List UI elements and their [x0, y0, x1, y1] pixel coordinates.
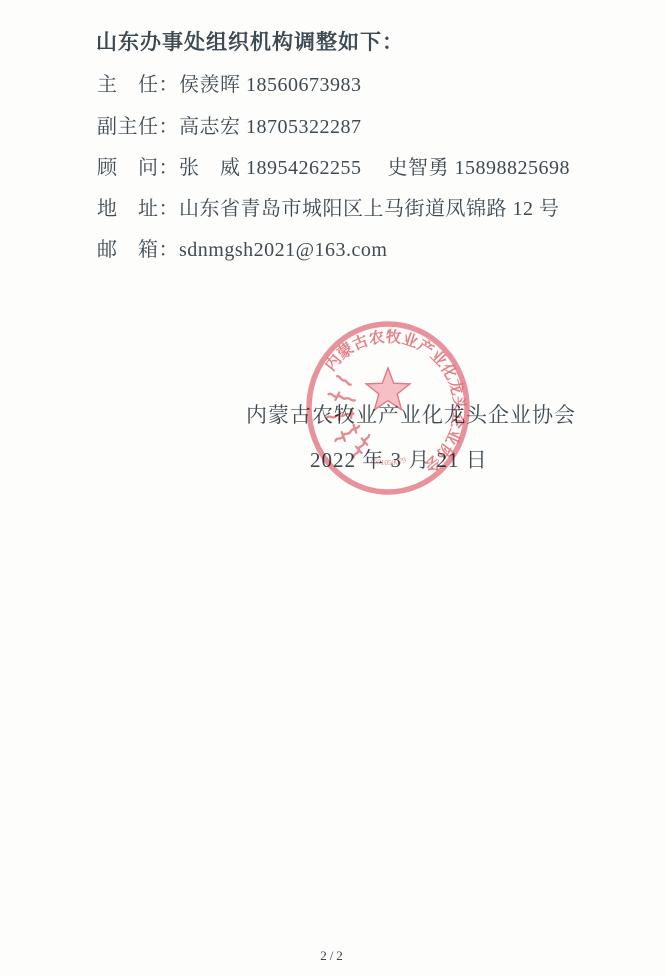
info-line-advisors: 顾 问：张 威 18954262255 史智勇 15898825698: [97, 151, 570, 180]
info-line-director: 主 任：侯羡晖 18560673983: [97, 68, 362, 97]
info-value: sdnmgsh2021@163.com: [179, 239, 387, 262]
info-label: 地 址：: [97, 192, 179, 221]
info-value: 高志宏 18705322287: [179, 110, 362, 139]
info-value: 张 威 18954262255 史智勇 15898825698: [179, 151, 570, 180]
document-page: 山东办事处组织机构调整如下： 主 任：侯羡晖 18560673983 副主任：高…: [0, 0, 666, 976]
info-line-address: 地 址：山东省青岛市城阳区上马街道凤锦路 12 号: [97, 192, 560, 221]
info-value: 山东省青岛市城阳区上马街道凤锦路 12 号: [179, 192, 560, 221]
info-line-email: 邮 箱：sdnmgsh2021@163.com: [97, 233, 387, 262]
info-line-deputy-director: 副主任：高志宏 18705322287: [97, 110, 362, 139]
info-label: 顾 问：: [97, 151, 179, 180]
info-label: 主 任：: [97, 68, 179, 97]
document-heading: 山东办事处组织机构调整如下：: [96, 26, 404, 56]
signature-organization: 内蒙古农牧业产业化龙头企业协会: [246, 399, 576, 429]
info-label: 副主任：: [97, 110, 179, 139]
page-number: 2/2: [0, 948, 666, 964]
info-value: 侯羡晖 18560673983: [179, 68, 362, 97]
signature-date: 2022 年 3 月 21 日: [310, 444, 488, 474]
info-label: 邮 箱：: [97, 233, 179, 262]
